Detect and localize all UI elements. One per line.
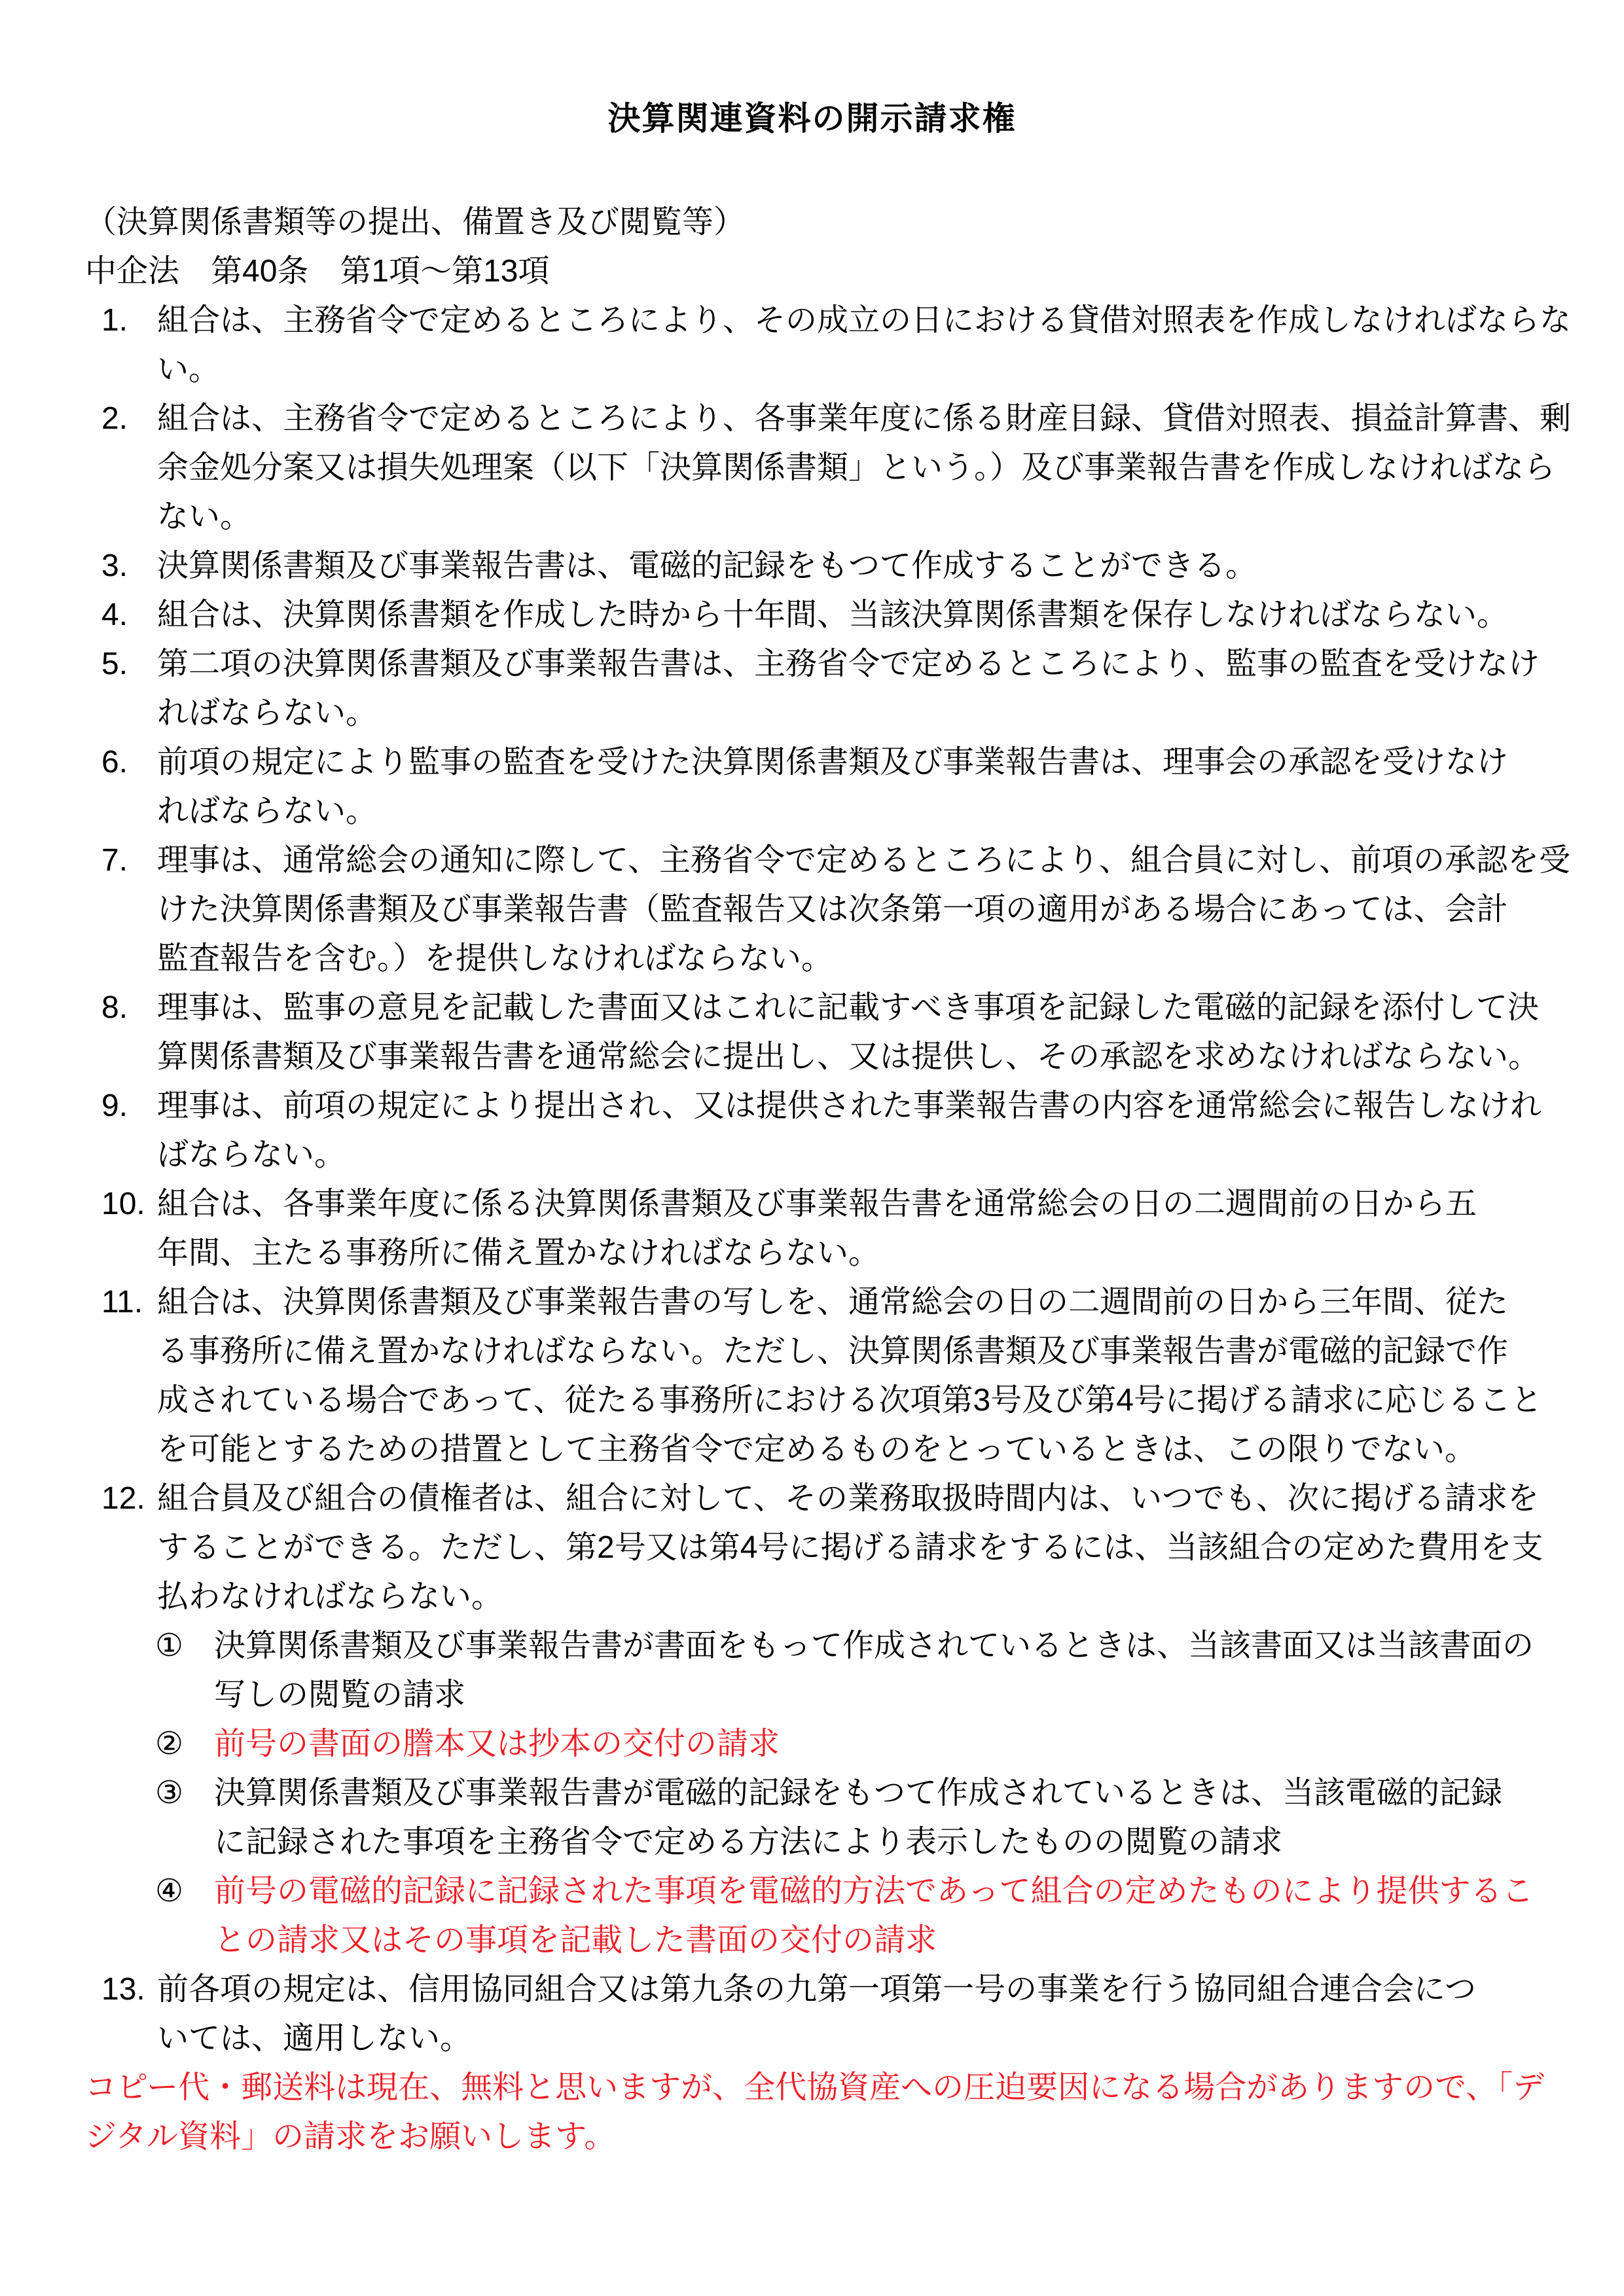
item-text: 前各項の規定は、信用協同組合又は第九条の九第一項第一号の事業を行う協同組合連合会… xyxy=(157,1965,1476,2063)
list-item-11: 11. 組合は、決算関係書類及び事業報告書の写しを、通常総会の日の二週間前の日か… xyxy=(101,1278,1559,1474)
sub-item-text: 前号の電磁的記録に記録された事項を電磁的方法であって組合の定めたものにより提供す… xyxy=(214,1867,1534,1965)
sub-item-text: 決算関係書類及び事業報告書が書面をもって作成されているときは、当該書面又は当該書… xyxy=(214,1621,1534,1719)
sub-item-1: ① 決算関係書類及び事業報告書が書面をもって作成されているときは、当該書面又は当… xyxy=(155,1621,1559,1719)
item-text: 組合は、決算関係書類を作成した時から十年間、当該決算関係書類を保存しなければなら… xyxy=(157,590,1508,639)
item-number: 9. xyxy=(101,1081,157,1179)
item-number: 6. xyxy=(101,738,157,836)
document-body: （決算関係書類等の提出、備置き及び閲覧等） 中企法 第40条 第1項～第13項 … xyxy=(85,198,1559,2161)
item-number: 3. xyxy=(101,541,157,590)
list-item-12: 12. 組合員及び組合の債権者は、組合に対して、その業務取扱時間内は、いつでも、… xyxy=(101,1474,1559,1621)
item-text: 組合は、主務省令で定めるところにより、各事業年度に係る財産目録、貸借対照表、損益… xyxy=(157,394,1571,541)
list-item-2: 2. 組合は、主務省令で定めるところにより、各事業年度に係る財産目録、貸借対照表… xyxy=(101,394,1559,541)
item-text: 前項の規定により監事の監査を受けた決算関係書類及び事業報告書は、理事会の承認を受… xyxy=(157,738,1508,836)
section-heading: （決算関係書類等の提出、備置き及び閲覧等） xyxy=(85,198,1559,247)
item-number: 5. xyxy=(101,639,157,738)
item-number: 12. xyxy=(101,1474,157,1621)
item-number: 4. xyxy=(101,590,157,639)
law-reference: 中企法 第40条 第1項～第13項 xyxy=(85,247,1559,296)
item-text: 決算関係書類及び事業報告書は、電磁的記録をもつて作成することができる。 xyxy=(157,541,1257,590)
circled-number-3-icon: ③ xyxy=(155,1768,214,1867)
item-number: 2. xyxy=(101,394,157,541)
item-text: 組合は、決算関係書類及び事業報告書の写しを、通常総会の日の二週間前の日から三年間… xyxy=(157,1278,1542,1474)
item-number: 10. xyxy=(101,1179,157,1278)
list-item-3: 3. 決算関係書類及び事業報告書は、電磁的記録をもつて作成することができる。 xyxy=(101,541,1559,590)
item-text: 理事は、監事の意見を記載した書面又はこれに記載すべき事項を記録した電磁的記録を添… xyxy=(157,983,1540,1081)
circled-number-1-icon: ① xyxy=(155,1621,214,1719)
list-item-6: 6. 前項の規定により監事の監査を受けた決算関係書類及び事業報告書は、理事会の承… xyxy=(101,738,1559,836)
item-text: 第二項の決算関係書類及び事業報告書は、主務省令で定めるところにより、監事の監査を… xyxy=(157,639,1540,738)
item-number: 1. xyxy=(101,296,157,394)
list-item-8: 8. 理事は、監事の意見を記載した書面又はこれに記載すべき事項を記録した電磁的記… xyxy=(101,983,1559,1081)
item-number: 8. xyxy=(101,983,157,1081)
sub-item-2: ② 前号の書面の謄本又は抄本の交付の請求 xyxy=(155,1719,1559,1768)
list-item-13: 13. 前各項の規定は、信用協同組合又は第九条の九第一項第一号の事業を行う協同組… xyxy=(101,1965,1559,2063)
document-page: 決算関連資料の開示請求権 （決算関係書類等の提出、備置き及び閲覧等） 中企法 第… xyxy=(0,98,1624,2161)
item-number: 11. xyxy=(101,1278,157,1474)
item-text: 組合は、主務省令で定めるところにより、その成立の日における貸借対照表を作成しなけ… xyxy=(157,296,1571,394)
list-item-10: 10. 組合は、各事業年度に係る決算関係書類及び事業報告書を通常総会の日の二週間… xyxy=(101,1179,1559,1278)
page-title: 決算関連資料の開示請求権 xyxy=(0,98,1624,139)
item-number: 7. xyxy=(101,836,157,983)
circled-number-4-icon: ④ xyxy=(155,1867,214,1965)
sub-item-text: 決算関係書類及び事業報告書が電磁的記録をもつて作成されているときは、当該電磁的記… xyxy=(214,1768,1502,1867)
list-item-7: 7. 理事は、通常総会の通知に際して、主務省令で定めるところにより、組合員に対し… xyxy=(101,836,1559,983)
list-item-4: 4. 組合は、決算関係書類を作成した時から十年間、当該決算関係書類を保存しなけれ… xyxy=(101,590,1559,639)
item-text: 組合は、各事業年度に係る決算関係書類及び事業報告書を通常総会の日の二週間前の日か… xyxy=(157,1179,1477,1278)
sub-item-text: 前号の書面の謄本又は抄本の交付の請求 xyxy=(214,1719,780,1768)
list-item-1: 1. 組合は、主務省令で定めるところにより、その成立の日における貸借対照表を作成… xyxy=(101,296,1559,394)
item-number: 13. xyxy=(101,1965,157,2063)
item-text: 理事は、通常総会の通知に際して、主務省令で定めるところにより、組合員に対し、前項… xyxy=(157,836,1570,983)
item-text: 理事は、前項の規定により提出され、又は提供された事業報告書の内容を通常総会に報告… xyxy=(157,1081,1542,1179)
circled-number-2-icon: ② xyxy=(155,1719,214,1768)
sub-item-3: ③ 決算関係書類及び事業報告書が電磁的記録をもつて作成されているときは、当該電磁… xyxy=(155,1768,1559,1867)
list-item-5: 5. 第二項の決算関係書類及び事業報告書は、主務省令で定めるところにより、監事の… xyxy=(101,639,1559,738)
footer-note: コピー代・郵送料は現在、無料と思いますが、全代協資産への圧迫要因になる場合があり… xyxy=(85,2063,1559,2161)
sub-item-4: ④ 前号の電磁的記録に記録された事項を電磁的方法であって組合の定めたものにより提… xyxy=(155,1867,1559,1965)
item-text: 組合員及び組合の債権者は、組合に対して、その業務取扱時間内は、いつでも、次に掲げ… xyxy=(157,1474,1543,1621)
list-item-9: 9. 理事は、前項の規定により提出され、又は提供された事業報告書の内容を通常総会… xyxy=(101,1081,1559,1179)
